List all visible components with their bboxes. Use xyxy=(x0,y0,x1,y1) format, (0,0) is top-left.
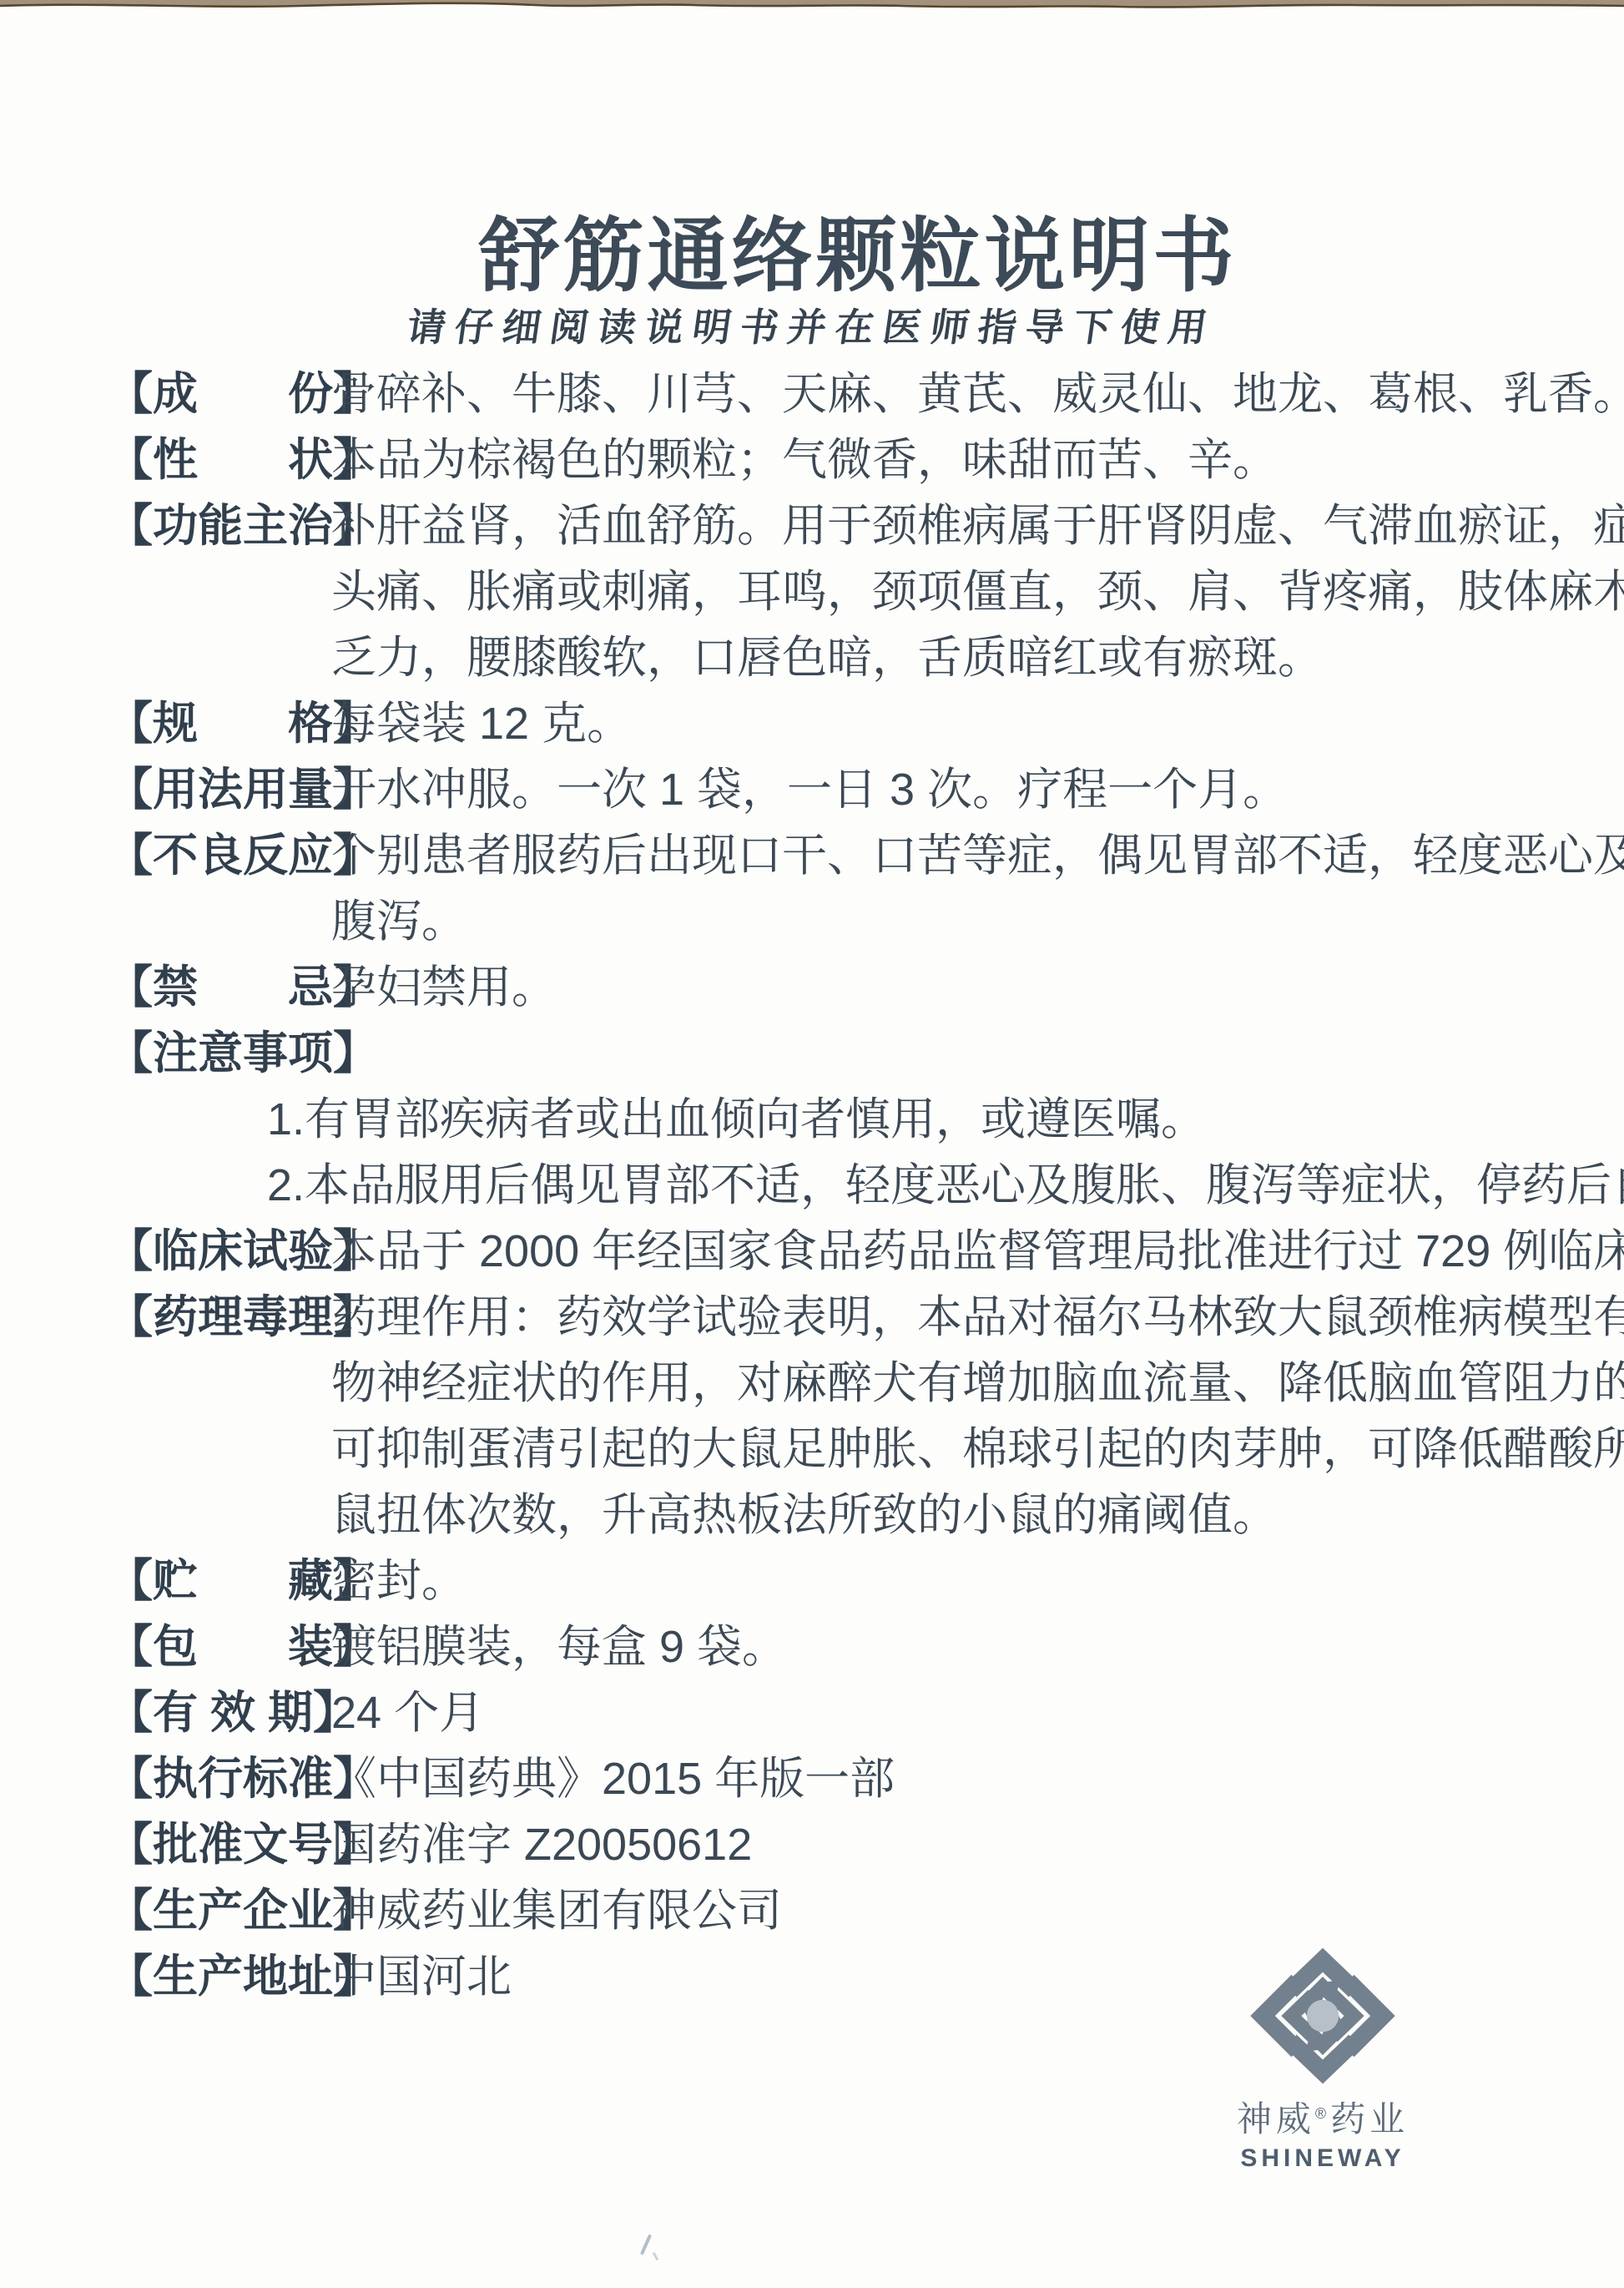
section-label: 【禁 忌】 xyxy=(108,955,331,1021)
logo-center-dot xyxy=(1307,2000,1339,2032)
section-label: 【药理毒理】 xyxy=(108,1285,331,1351)
section-text-line: 镀铝膜装，每盒 9 袋。 xyxy=(331,1614,1576,1680)
section-content: 本品于 2000 年经国家食品药品监督管理局批准进行过 729 例临床试验。 xyxy=(331,1219,1576,1285)
section-content: 《中国药典》2015 年版一部 xyxy=(331,1746,1576,1812)
leaflet-section-2: 【功能主治】 补肝益肾，活血舒筋。用于颈椎病属于肝肾阴虚、气滞血瘀证，症见头晕、… xyxy=(108,493,1576,691)
leaflet-section-1: 【性 状】 本品为棕褐色的颗粒；气微香，味甜而苦、辛。 xyxy=(108,427,1576,493)
section-content: 骨碎补、牛膝、川芎、天麻、黄芪、威灵仙、地龙、葛根、乳香。 xyxy=(331,361,1576,427)
precaution-item: 1.有胃部疾病者或出血倾向者慎用，或遵医嘱。 xyxy=(108,1087,1576,1153)
section-label: 【包 装】 xyxy=(108,1614,331,1680)
leaflet-section-13: 【执行标准】 《中国药典》2015 年版一部 xyxy=(108,1746,1576,1812)
section-row: 【生产企业】 神威药业集团有限公司 xyxy=(108,1878,1576,1944)
section-row: 【药理毒理】 药理作用：药效学试验表明，本品对福尔马林致大鼠颈椎病模型有改善动物… xyxy=(108,1285,1576,1548)
section-row: 【性 状】 本品为棕褐色的颗粒；气微香，味甜而苦、辛。 xyxy=(108,427,1576,493)
logo-chinese-name: 神威®药业 xyxy=(1227,2092,1419,2142)
section-content: 每袋装 12 克。 xyxy=(331,691,1576,757)
shineway-arrows-icon xyxy=(1245,1943,1400,2088)
section-content: 个别患者服药后出现口干、口苦等症，偶见胃部不适，轻度恶心及腹胀、腹泻。 xyxy=(331,823,1576,955)
leaflet-section-4: 【用法用量】 开水冲服。一次 1 袋，一日 3 次。疗程一个月。 xyxy=(108,757,1576,823)
section-label: 【生产企业】 xyxy=(108,1878,331,1944)
section-text-line: 头痛、胀痛或刺痛，耳鸣，颈项僵直，颈、肩、背疼痛，肢体麻木，倦怠 xyxy=(331,559,1576,625)
leaflet-section-10: 【贮 藏】 密封。 xyxy=(108,1548,1576,1614)
section-label: 【执行标准】 xyxy=(108,1746,331,1812)
section-row: 【贮 藏】 密封。 xyxy=(108,1548,1576,1614)
section-content: 补肝益肾，活血舒筋。用于颈椎病属于肝肾阴虚、气滞血瘀证，症见头晕、头痛、胀痛或刺… xyxy=(331,493,1576,691)
section-content: 24 个月 xyxy=(331,1680,1576,1746)
section-row: 【批准文号】 国药准字 Z20050612 xyxy=(108,1812,1576,1878)
section-text-line: 24 个月 xyxy=(331,1680,1576,1746)
leaflet-section-5: 【不良反应】 个别患者服药后出现口干、口苦等症，偶见胃部不适，轻度恶心及腹胀、腹… xyxy=(108,823,1576,955)
leaflet-page: 舒筋通络颗粒说明书 请仔细阅读说明书并在医师指导下使用 【成 份】 骨碎补、牛膝… xyxy=(0,0,1624,2288)
leaflet-section-6: 【禁 忌】 孕妇禁用。 xyxy=(108,955,1576,1021)
leaflet-section-12: 【有 效 期】 24 个月 xyxy=(108,1680,1576,1746)
section-text-line: 本品于 2000 年经国家食品药品监督管理局批准进行过 729 例临床试验。 xyxy=(331,1219,1576,1285)
section-label: 【临床试验】 xyxy=(108,1219,331,1285)
section-label: 【不良反应】 xyxy=(108,823,331,889)
section-row: 【有 效 期】 24 个月 xyxy=(108,1680,1576,1746)
section-label: 【成 份】 xyxy=(108,361,331,427)
section-content: 开水冲服。一次 1 袋，一日 3 次。疗程一个月。 xyxy=(331,757,1576,823)
scan-edge-graphic xyxy=(0,0,1624,13)
leaflet-section-3: 【规 格】 每袋装 12 克。 xyxy=(108,691,1576,757)
section-text-line: 可抑制蛋清引起的大鼠足肿胀、棉球引起的肉芽肿，可降低醋酸所致的大 xyxy=(331,1417,1576,1482)
section-text-line: 本品为棕褐色的颗粒；气微香，味甜而苦、辛。 xyxy=(331,427,1576,493)
section-text-line: 腹泻。 xyxy=(331,889,1576,955)
section-row: 【包 装】 镀铝膜装，每盒 9 袋。 xyxy=(108,1614,1576,1680)
leaflet-section-7: 【注意事项】 1.有胃部疾病者或出血倾向者慎用，或遵医嘱。2.本品服用后偶见胃部… xyxy=(108,1021,1576,1219)
scan-speck-artifact xyxy=(653,2252,659,2260)
section-text-line: 物神经症状的作用，对麻醉犬有增加脑血流量、降低脑血管阻力的作用， xyxy=(331,1351,1576,1417)
leaflet-section-11: 【包 装】 镀铝膜装，每盒 9 袋。 xyxy=(108,1614,1576,1680)
section-row: 【注意事项】 xyxy=(108,1021,1576,1087)
section-label: 【规 格】 xyxy=(108,691,331,757)
section-text-line: 密封。 xyxy=(331,1548,1576,1614)
section-content: 孕妇禁用。 xyxy=(331,955,1576,1021)
scan-speck-artifact xyxy=(640,2234,652,2255)
section-content: 国药准字 Z20050612 xyxy=(331,1812,1576,1878)
section-label: 【批准文号】 xyxy=(108,1812,331,1878)
registered-trademark-icon: ® xyxy=(1315,2105,1330,2122)
section-row: 【禁 忌】 孕妇禁用。 xyxy=(108,955,1576,1021)
section-content: 镀铝膜装，每盒 9 袋。 xyxy=(331,1614,1576,1680)
page-title: 舒筋通络颗粒说明书 xyxy=(46,190,1624,307)
shineway-logo: 神威®药业 SHINEWAY xyxy=(1227,1943,1419,2173)
page-subtitle: 请仔细阅读说明书并在医师指导下使用 xyxy=(0,297,1624,352)
section-text-line: 每袋装 12 克。 xyxy=(331,691,1576,757)
section-row: 【功能主治】 补肝益肾，活血舒筋。用于颈椎病属于肝肾阴虚、气滞血瘀证，症见头晕、… xyxy=(108,493,1576,691)
section-label: 【性 状】 xyxy=(108,427,331,493)
section-text-line: 骨碎补、牛膝、川芎、天麻、黄芪、威灵仙、地龙、葛根、乳香。 xyxy=(331,361,1576,427)
leaflet-section-14: 【批准文号】 国药准字 Z20050612 xyxy=(108,1812,1576,1878)
section-label: 【功能主治】 xyxy=(108,493,331,559)
leaflet-section-0: 【成 份】 骨碎补、牛膝、川芎、天麻、黄芪、威灵仙、地龙、葛根、乳香。 xyxy=(108,361,1576,427)
section-content: 神威药业集团有限公司 xyxy=(331,1878,1576,1944)
precaution-item: 2.本品服用后偶见胃部不适，轻度恶心及腹胀、腹泻等症状，停药后自行消失。 xyxy=(108,1153,1576,1219)
section-text-line: 乏力，腰膝酸软，口唇色暗，舌质暗红或有瘀斑。 xyxy=(331,625,1576,691)
section-text-line: 鼠扭体次数，升高热板法所致的小鼠的痛阈值。 xyxy=(331,1482,1576,1548)
section-content: 药理作用：药效学试验表明，本品对福尔马林致大鼠颈椎病模型有改善动物神经症状的作用… xyxy=(331,1285,1576,1548)
section-label: 【注意事项】 xyxy=(108,1021,331,1087)
section-text-line: 开水冲服。一次 1 袋，一日 3 次。疗程一个月。 xyxy=(331,757,1576,823)
section-text-line: 神威药业集团有限公司 xyxy=(331,1878,1576,1944)
section-row: 【成 份】 骨碎补、牛膝、川芎、天麻、黄芪、威灵仙、地龙、葛根、乳香。 xyxy=(108,361,1576,427)
scan-top-edge-artifact xyxy=(0,0,1624,13)
section-row: 【临床试验】 本品于 2000 年经国家食品药品监督管理局批准进行过 729 例… xyxy=(108,1219,1576,1285)
section-text-line: 《中国药典》2015 年版一部 xyxy=(331,1746,1576,1812)
section-text-line: 补肝益肾，活血舒筋。用于颈椎病属于肝肾阴虚、气滞血瘀证，症见头晕、 xyxy=(331,493,1576,559)
section-content: 密封。 xyxy=(331,1548,1576,1614)
leaflet-body: 【成 份】 骨碎补、牛膝、川芎、天麻、黄芪、威灵仙、地龙、葛根、乳香。 【性 状… xyxy=(108,361,1576,2010)
section-label: 【生产地址】 xyxy=(108,1944,331,2010)
section-row: 【执行标准】 《中国药典》2015 年版一部 xyxy=(108,1746,1576,1812)
section-text-line: 药理作用：药效学试验表明，本品对福尔马林致大鼠颈椎病模型有改善动 xyxy=(331,1285,1576,1351)
leaflet-section-15: 【生产企业】 神威药业集团有限公司 xyxy=(108,1878,1576,1944)
section-text-line: 个别患者服药后出现口干、口苦等症，偶见胃部不适，轻度恶心及腹胀、 xyxy=(331,823,1576,889)
leaflet-section-9: 【药理毒理】 药理作用：药效学试验表明，本品对福尔马林致大鼠颈椎病模型有改善动物… xyxy=(108,1285,1576,1548)
leaflet-section-8: 【临床试验】 本品于 2000 年经国家食品药品监督管理局批准进行过 729 例… xyxy=(108,1219,1576,1285)
section-content: 本品为棕褐色的颗粒；气微香，味甜而苦、辛。 xyxy=(331,427,1576,493)
logo-english-name: SHINEWAY xyxy=(1227,2144,1419,2173)
section-row: 【用法用量】 开水冲服。一次 1 袋，一日 3 次。疗程一个月。 xyxy=(108,757,1576,823)
section-label: 【贮 藏】 xyxy=(108,1548,331,1614)
section-row: 【规 格】 每袋装 12 克。 xyxy=(108,691,1576,757)
section-row: 【不良反应】 个别患者服药后出现口干、口苦等症，偶见胃部不适，轻度恶心及腹胀、腹… xyxy=(108,823,1576,955)
section-label: 【有 效 期】 xyxy=(108,1680,331,1746)
section-text-line: 孕妇禁用。 xyxy=(331,955,1576,1021)
section-label: 【用法用量】 xyxy=(108,757,331,823)
section-text-line: 国药准字 Z20050612 xyxy=(331,1812,1576,1878)
